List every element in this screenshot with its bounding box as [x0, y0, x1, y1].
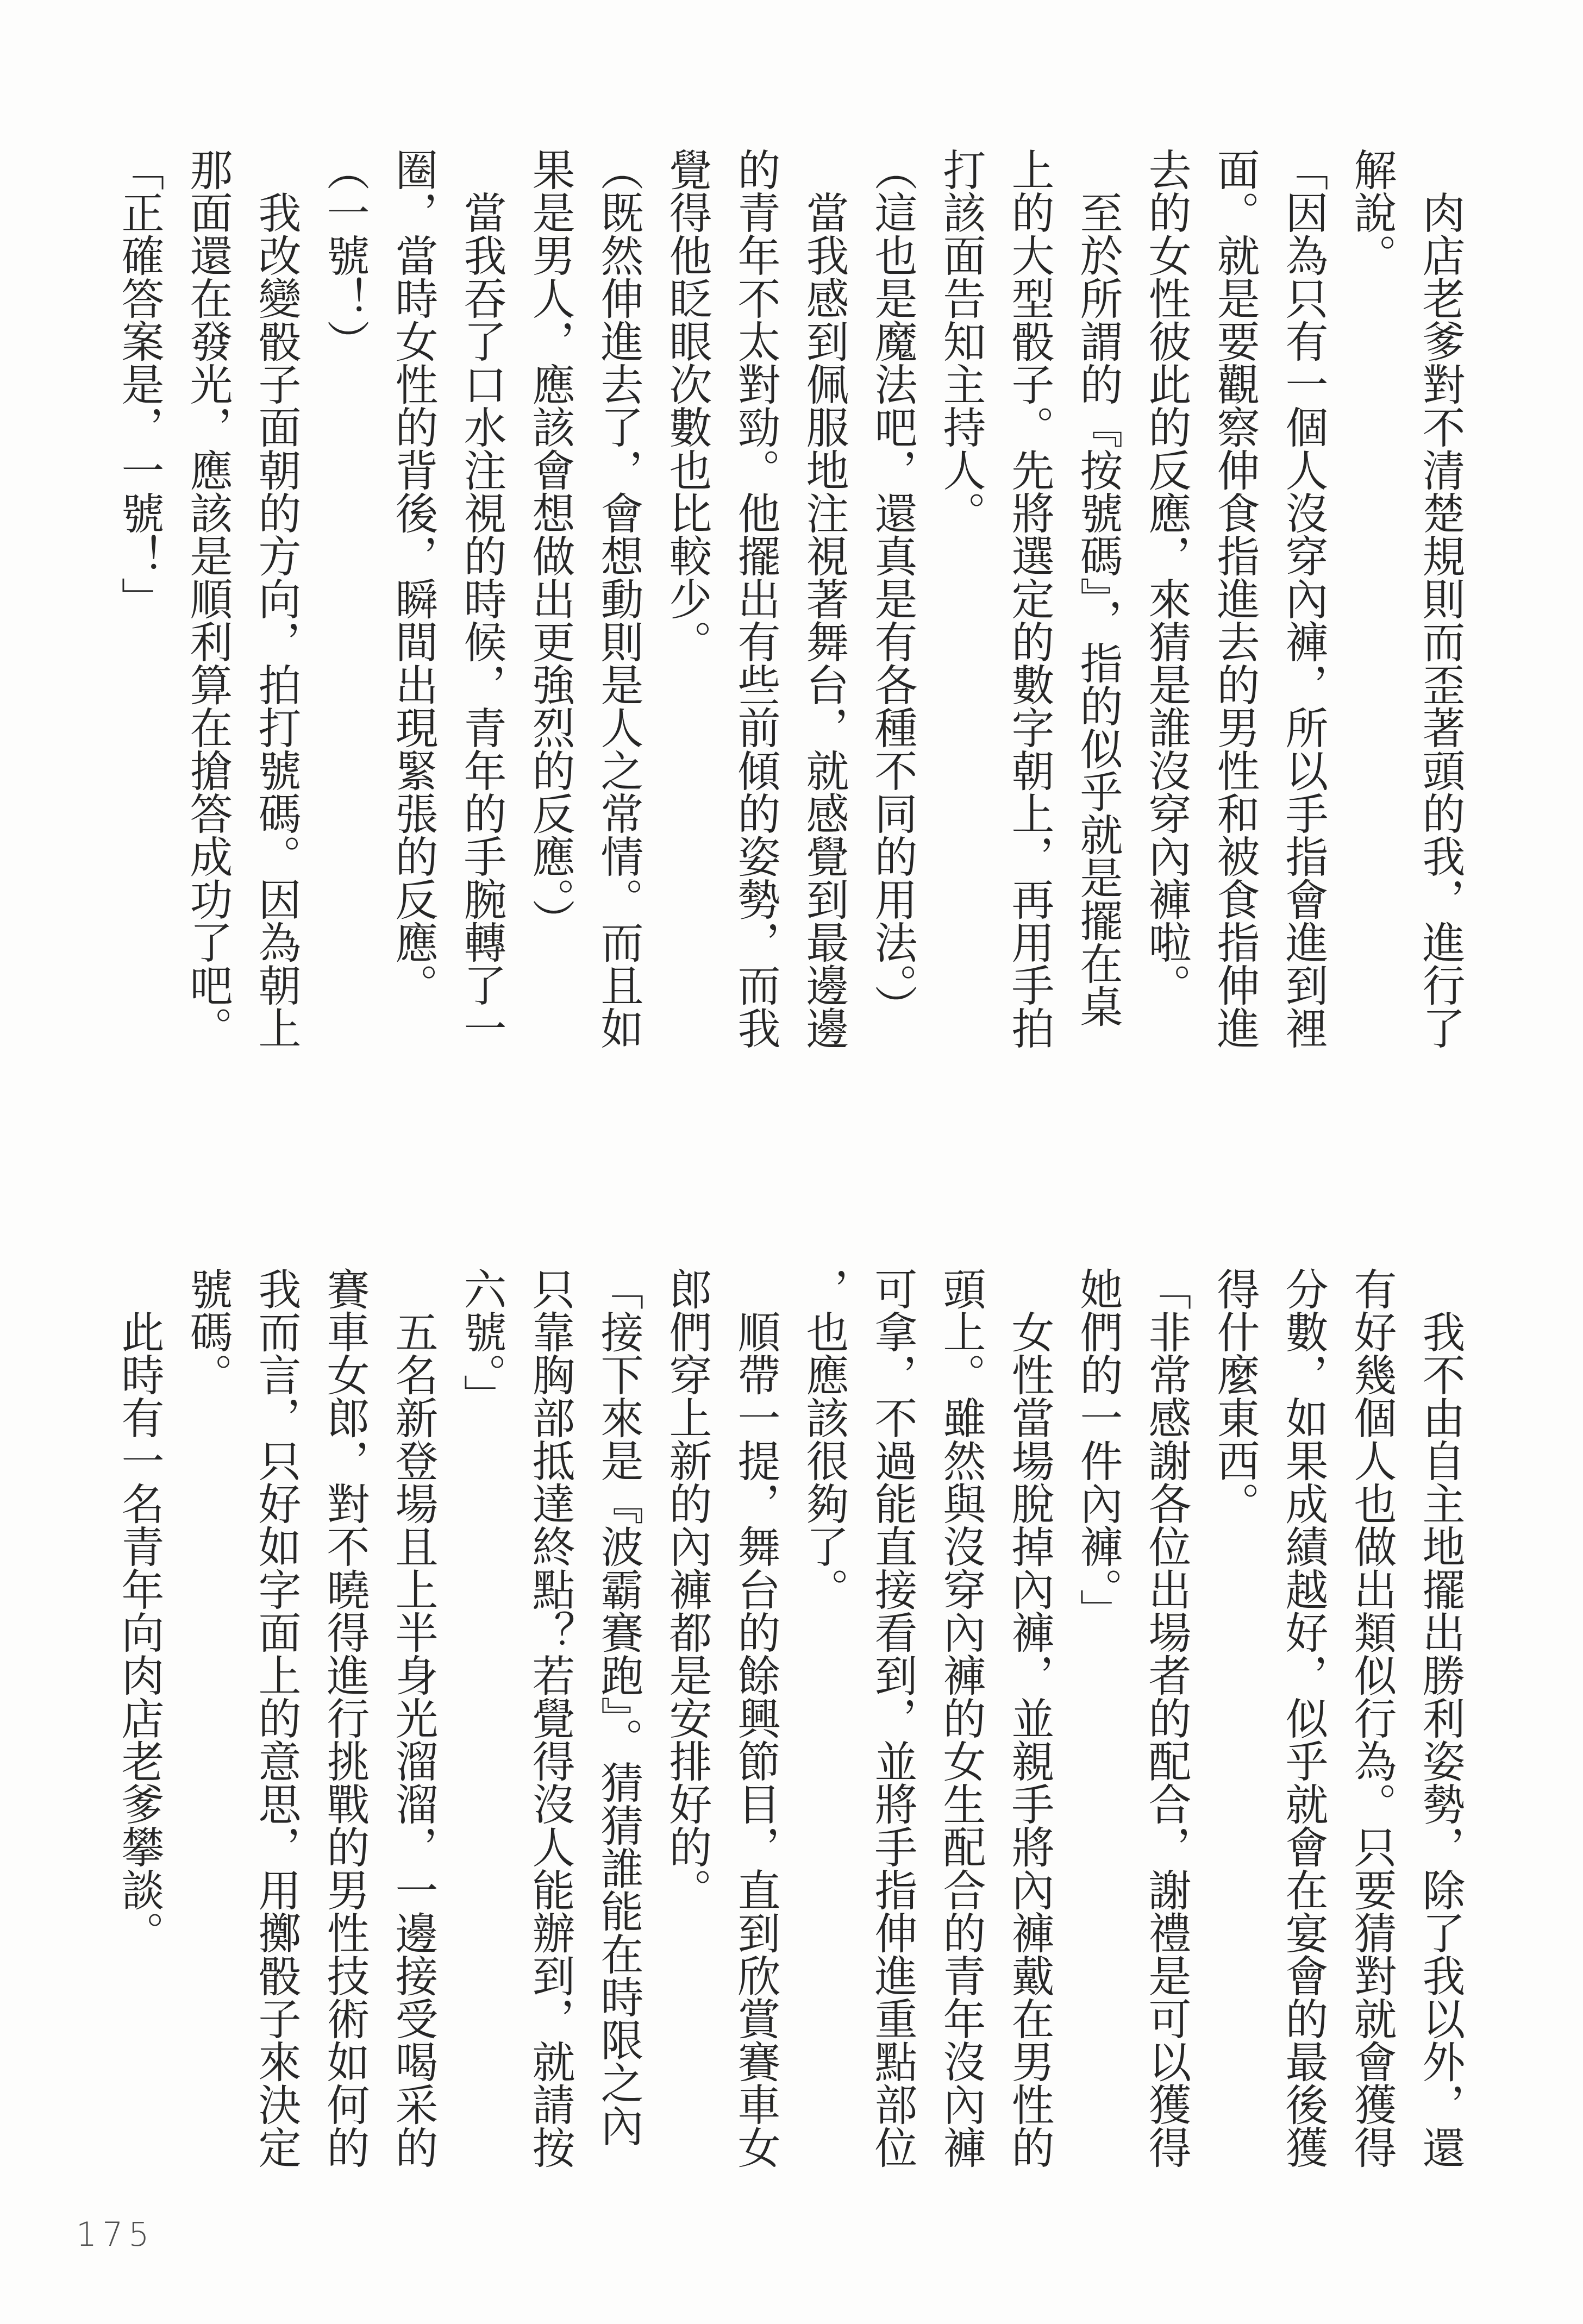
text-column: 賽車女郎，對不曉得進行挑戰的男性技術如何的	[310, 1267, 379, 2177]
text-column: 只靠胸部抵達終點？若覺得沒人能辦到，就請按	[516, 1267, 584, 2177]
text-column: 我改變骰子面朝的方向，拍打號碼。因為朝上	[242, 148, 310, 1058]
text-column: （一號！）	[310, 148, 379, 1058]
text-column: 可拿，不過能直接看到，並將手指伸進重點部位	[858, 1267, 927, 2177]
text-column: 頭上。雖然與沒穿內褲的女生配合的青年沒內褲	[927, 1267, 995, 2177]
text-column: 她們的一件內褲。」	[1063, 1267, 1132, 2177]
text-column: 當我感到佩服地注視著舞台，就感覺到最邊邊	[790, 148, 858, 1058]
text-column: 郎們穿上新的內褲都是安排好的。	[653, 1267, 721, 2177]
text-column: （既然伸進去了，會想動則是人之常情。而且如	[584, 148, 653, 1058]
upper-text-block: 肉店老爹對不清楚規則而歪著頭的我，進行了解說。「因為只有一個人沒穿內褲，所以手指…	[105, 148, 1474, 1058]
text-column: 當我吞了口水注視的時候，青年的手腕轉了一	[447, 148, 516, 1058]
text-column: 號碼。	[173, 1267, 242, 2177]
text-column: 的青年不太對勁。他擺出有些前傾的姿勢，而我	[721, 148, 790, 1058]
text-column: 「正確答案是，一號！」	[105, 148, 173, 1058]
text-column: ，也應該很夠了。	[790, 1267, 858, 2177]
text-column: 至於所謂的『按號碼』，指的似乎就是擺在桌	[1063, 148, 1132, 1058]
text-column: 解說。	[1337, 148, 1406, 1058]
lower-text-block: 我不由自主地擺出勝利姿勢，除了我以外，還有好幾個人也做出類似行為。只要猜對就會獲…	[105, 1267, 1474, 2177]
text-column: 「接下來是『波霸賽跑』。猜猜誰能在時限之內	[584, 1267, 653, 2177]
text-column: 圈，當時女性的背後，瞬間出現緊張的反應。	[379, 148, 447, 1058]
text-column: 上的大型骰子。先將選定的數字朝上，再用手拍	[995, 148, 1063, 1058]
text-column: 得什麼東西。	[1200, 1267, 1269, 2177]
text-column: 五名新登場且上半身光溜溜，一邊接受喝采的	[379, 1267, 447, 2177]
text-column: 此時有一名青年向肉店老爹攀談。	[105, 1267, 173, 2177]
text-column: 我而言，只好如字面上的意思，用擲骰子來決定	[242, 1267, 310, 2177]
text-column: 順帶一提，舞台的餘興節目，直到欣賞賽車女	[721, 1267, 790, 2177]
text-column: 面。就是要觀察伸食指進去的男性和被食指伸進	[1200, 148, 1269, 1058]
text-column: 「因為只有一個人沒穿內褲，所以手指會進到裡	[1269, 148, 1337, 1058]
text-column: 覺得他眨眼次數也比較少。	[653, 148, 721, 1058]
text-column: 分數，如果成績越好，似乎就會在宴會的最後獲	[1269, 1267, 1337, 2177]
text-column: 有好幾個人也做出類似行為。只要猜對就會獲得	[1337, 1267, 1406, 2177]
scanned-book-page: 肉店老爹對不清楚規則而歪著頭的我，進行了解說。「因為只有一個人沒穿內褲，所以手指…	[0, 0, 1583, 2324]
text-column: 那面還在發光，應該是順利算在搶答成功了吧。	[173, 148, 242, 1058]
text-column: 女性當場脫掉內褲，並親手將內褲戴在男性的	[995, 1267, 1063, 2177]
text-column: 果是男人，應該會想做出更強烈的反應。）	[516, 148, 584, 1058]
text-column: （這也是魔法吧，還真是有各種不同的用法。）	[858, 148, 927, 1058]
text-column: 肉店老爹對不清楚規則而歪著頭的我，進行了	[1406, 148, 1474, 1058]
text-column: 六號。」	[447, 1267, 516, 2177]
text-column: 「非常感謝各位出場者的配合，謝禮是可以獲得	[1132, 1267, 1200, 2177]
text-column: 打該面告知主持人。	[927, 148, 995, 1058]
text-column: 我不由自主地擺出勝利姿勢，除了我以外，還	[1406, 1267, 1474, 2177]
text-column: 去的女性彼此的反應，來猜是誰沒穿內褲啦。	[1132, 148, 1200, 1058]
page-number: 175	[76, 2216, 155, 2254]
